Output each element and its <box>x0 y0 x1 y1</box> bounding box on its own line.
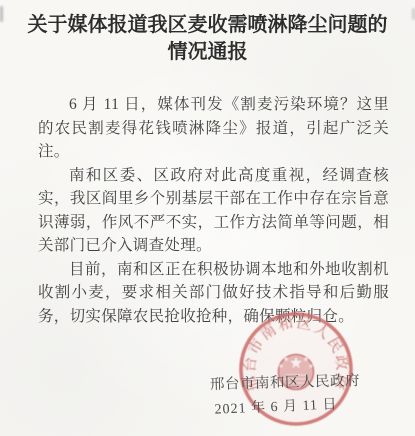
paragraph-media-report: 6 月 11 日，媒体刊发《割麦污染环境？这里的农民割麦得花钱喷淋降尘》报道，引… <box>38 93 389 164</box>
document-body: 6 月 11 日，媒体刊发《割麦污染环境？这里的农民割麦得花钱喷淋降尘》报道，引… <box>38 93 389 328</box>
issuer-signature: 邢台市南和区人民政府 <box>205 369 365 394</box>
scanned-notice-document: 关于媒体报道我区麦收需喷淋降尘问题的 情况通报 6 月 11 日，媒体刊发《割麦… <box>0 0 415 436</box>
scan-artifact-left <box>0 6 3 22</box>
page-title-line1: 关于媒体报道我区麦收需喷淋降尘问题的 <box>26 12 389 39</box>
paragraph-investigation: 南和区委、区政府对此高度重视，经调查核实，我区阎里乡个别基层干部在工作中存在宗旨… <box>38 164 389 258</box>
page-title-line2: 情况通报 <box>26 39 389 66</box>
page-title: 关于媒体报道我区麦收需喷淋降尘问题的 情况通报 <box>26 12 389 66</box>
